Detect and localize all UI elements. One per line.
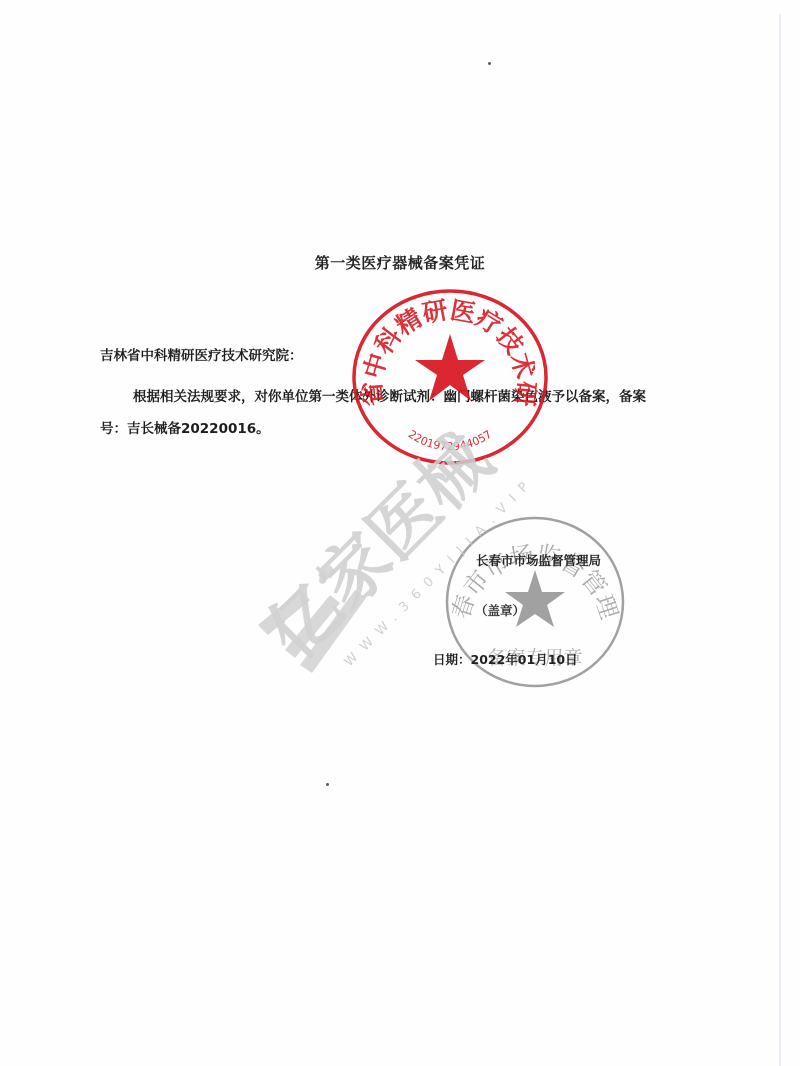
svg-text:2201972944057: 2201972944057	[406, 428, 494, 454]
watermark-logo-icon	[258, 565, 366, 673]
applicant-seal-code: 2201972944057	[406, 428, 494, 454]
body-text-line-2: 号：吉长械备20220016。	[100, 417, 270, 437]
watermark: 亿家医械 WWW.360YIJIA.VIP	[0, 0, 800, 1066]
watermark-url: WWW.360YIJIA.VIP	[342, 473, 538, 669]
watermark-brand: 亿家医械	[252, 419, 508, 675]
addressee: 吉林省中科精研医疗技术研究院：	[100, 344, 303, 364]
issuing-agency: 长春市市场监督管理局	[476, 551, 601, 569]
date-label: 日期：	[433, 652, 471, 667]
document-page: 第一类医疗器械备案凭证 吉林省中科精研医疗技术研究院： 根据相关法规要求，对你单…	[0, 0, 800, 1066]
scan-speck	[488, 62, 491, 65]
scan-edge-line	[779, 14, 781, 1066]
applicant-seal-stamp: 吉林省中科精研医疗技术研究院 2201972944057	[345, 282, 555, 472]
scan-speck	[326, 783, 329, 786]
date-line: 日期：2022年01月10日	[433, 650, 578, 668]
document-title: 第一类医疗器械备案凭证	[0, 252, 800, 273]
body-text-line-1: 根据相关法规要求，对你单位第一类体外诊断试剂：幽门螺杆菌染色液予以备案，备案	[133, 385, 646, 405]
date-value: 2022年01月10日	[471, 652, 578, 667]
seal-note: （盖章）	[475, 601, 525, 619]
